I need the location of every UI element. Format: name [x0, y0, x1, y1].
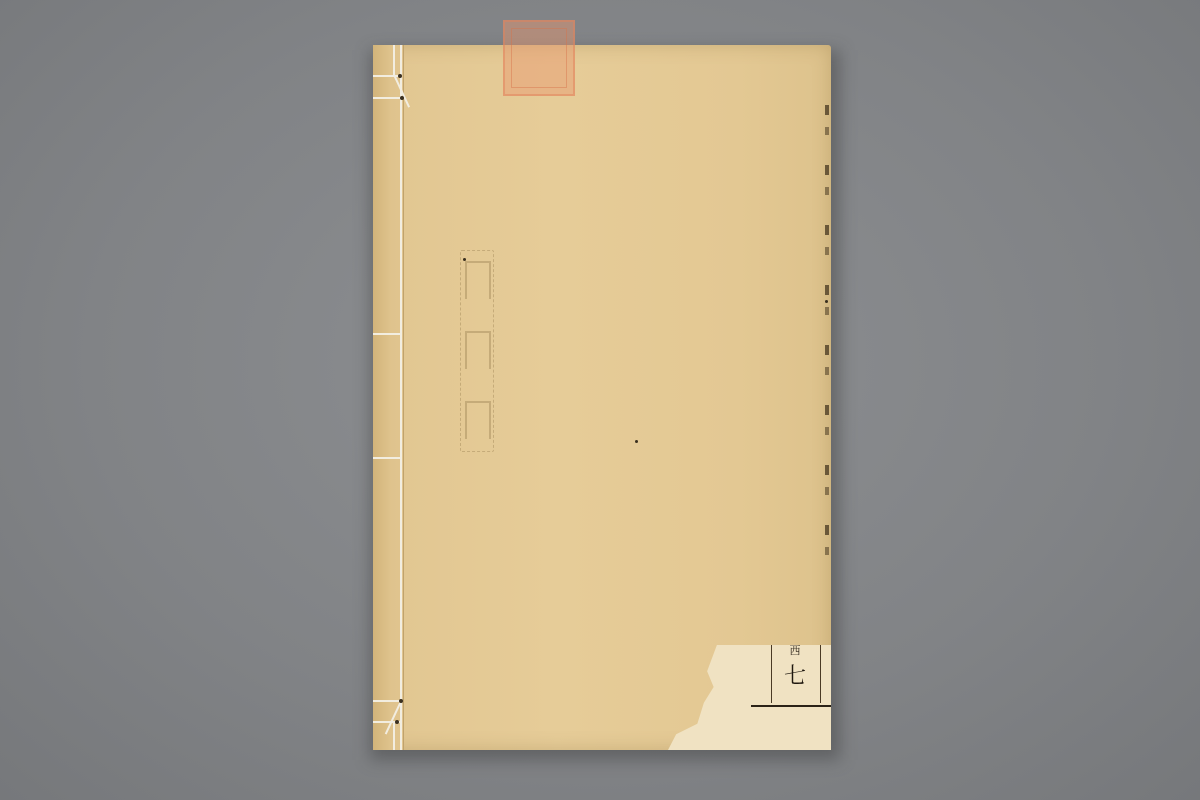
- faded-title-char: [465, 401, 491, 439]
- faded-title-char: [465, 261, 491, 299]
- red-seal-stamp: [503, 20, 575, 96]
- binding-thread-main: [400, 45, 402, 750]
- ink-speck: [635, 440, 638, 443]
- binding-knot: [399, 699, 403, 703]
- binding-knot: [395, 720, 399, 724]
- binding-thread-stitch: [373, 97, 401, 99]
- slip-rule-line: [751, 705, 831, 707]
- binding-thread-corner: [393, 45, 395, 75]
- ink-speck: [463, 258, 466, 261]
- seal-inner-border: [511, 28, 567, 88]
- photo-scene: 西 七: [0, 0, 1200, 800]
- binding-thread-stitch: [373, 700, 401, 702]
- binding-thread-stitch: [373, 333, 401, 335]
- binding-knot: [400, 96, 404, 100]
- binding-thread-stitch: [373, 75, 401, 77]
- volume-slip-small-char: 西: [775, 645, 815, 657]
- book-cover: 西 七: [373, 45, 831, 750]
- binding-knot: [398, 74, 402, 78]
- faded-title-char: [465, 331, 491, 369]
- volume-number: 七: [775, 665, 815, 689]
- page-edge-text: [825, 105, 829, 575]
- binding-thread-corner: [393, 721, 395, 750]
- faded-title-label: [460, 250, 494, 452]
- binding-thread-stitch: [373, 457, 401, 459]
